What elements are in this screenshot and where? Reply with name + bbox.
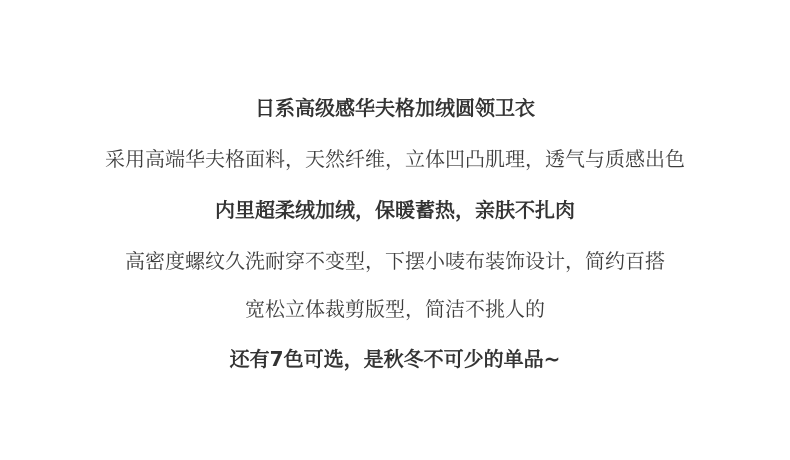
product-description-block: 日系高级感华夫格加绒圆领卫衣 采用高端华夫格面料，天然纤维，立体凹凸肌理，透气与…: [0, 0, 790, 460]
description-line-lining: 内里超柔绒加绒，保暖蓄热，亲肤不扎肉: [0, 198, 790, 222]
description-line-fit: 宽松立体裁剪版型，简洁不挑人的: [0, 297, 790, 321]
product-title: 日系高级感华夫格加绒圆领卫衣: [0, 96, 790, 120]
description-line-fabric: 采用高端华夫格面料，天然纤维，立体凹凸肌理，透气与质感出色: [0, 147, 790, 171]
description-line-details: 高密度螺纹久洗耐穿不变型，下摆小唛布装饰设计，简约百搭: [0, 249, 790, 273]
description-line-colors: 还有7色可选，是秋冬不可少的单品~: [0, 347, 790, 371]
